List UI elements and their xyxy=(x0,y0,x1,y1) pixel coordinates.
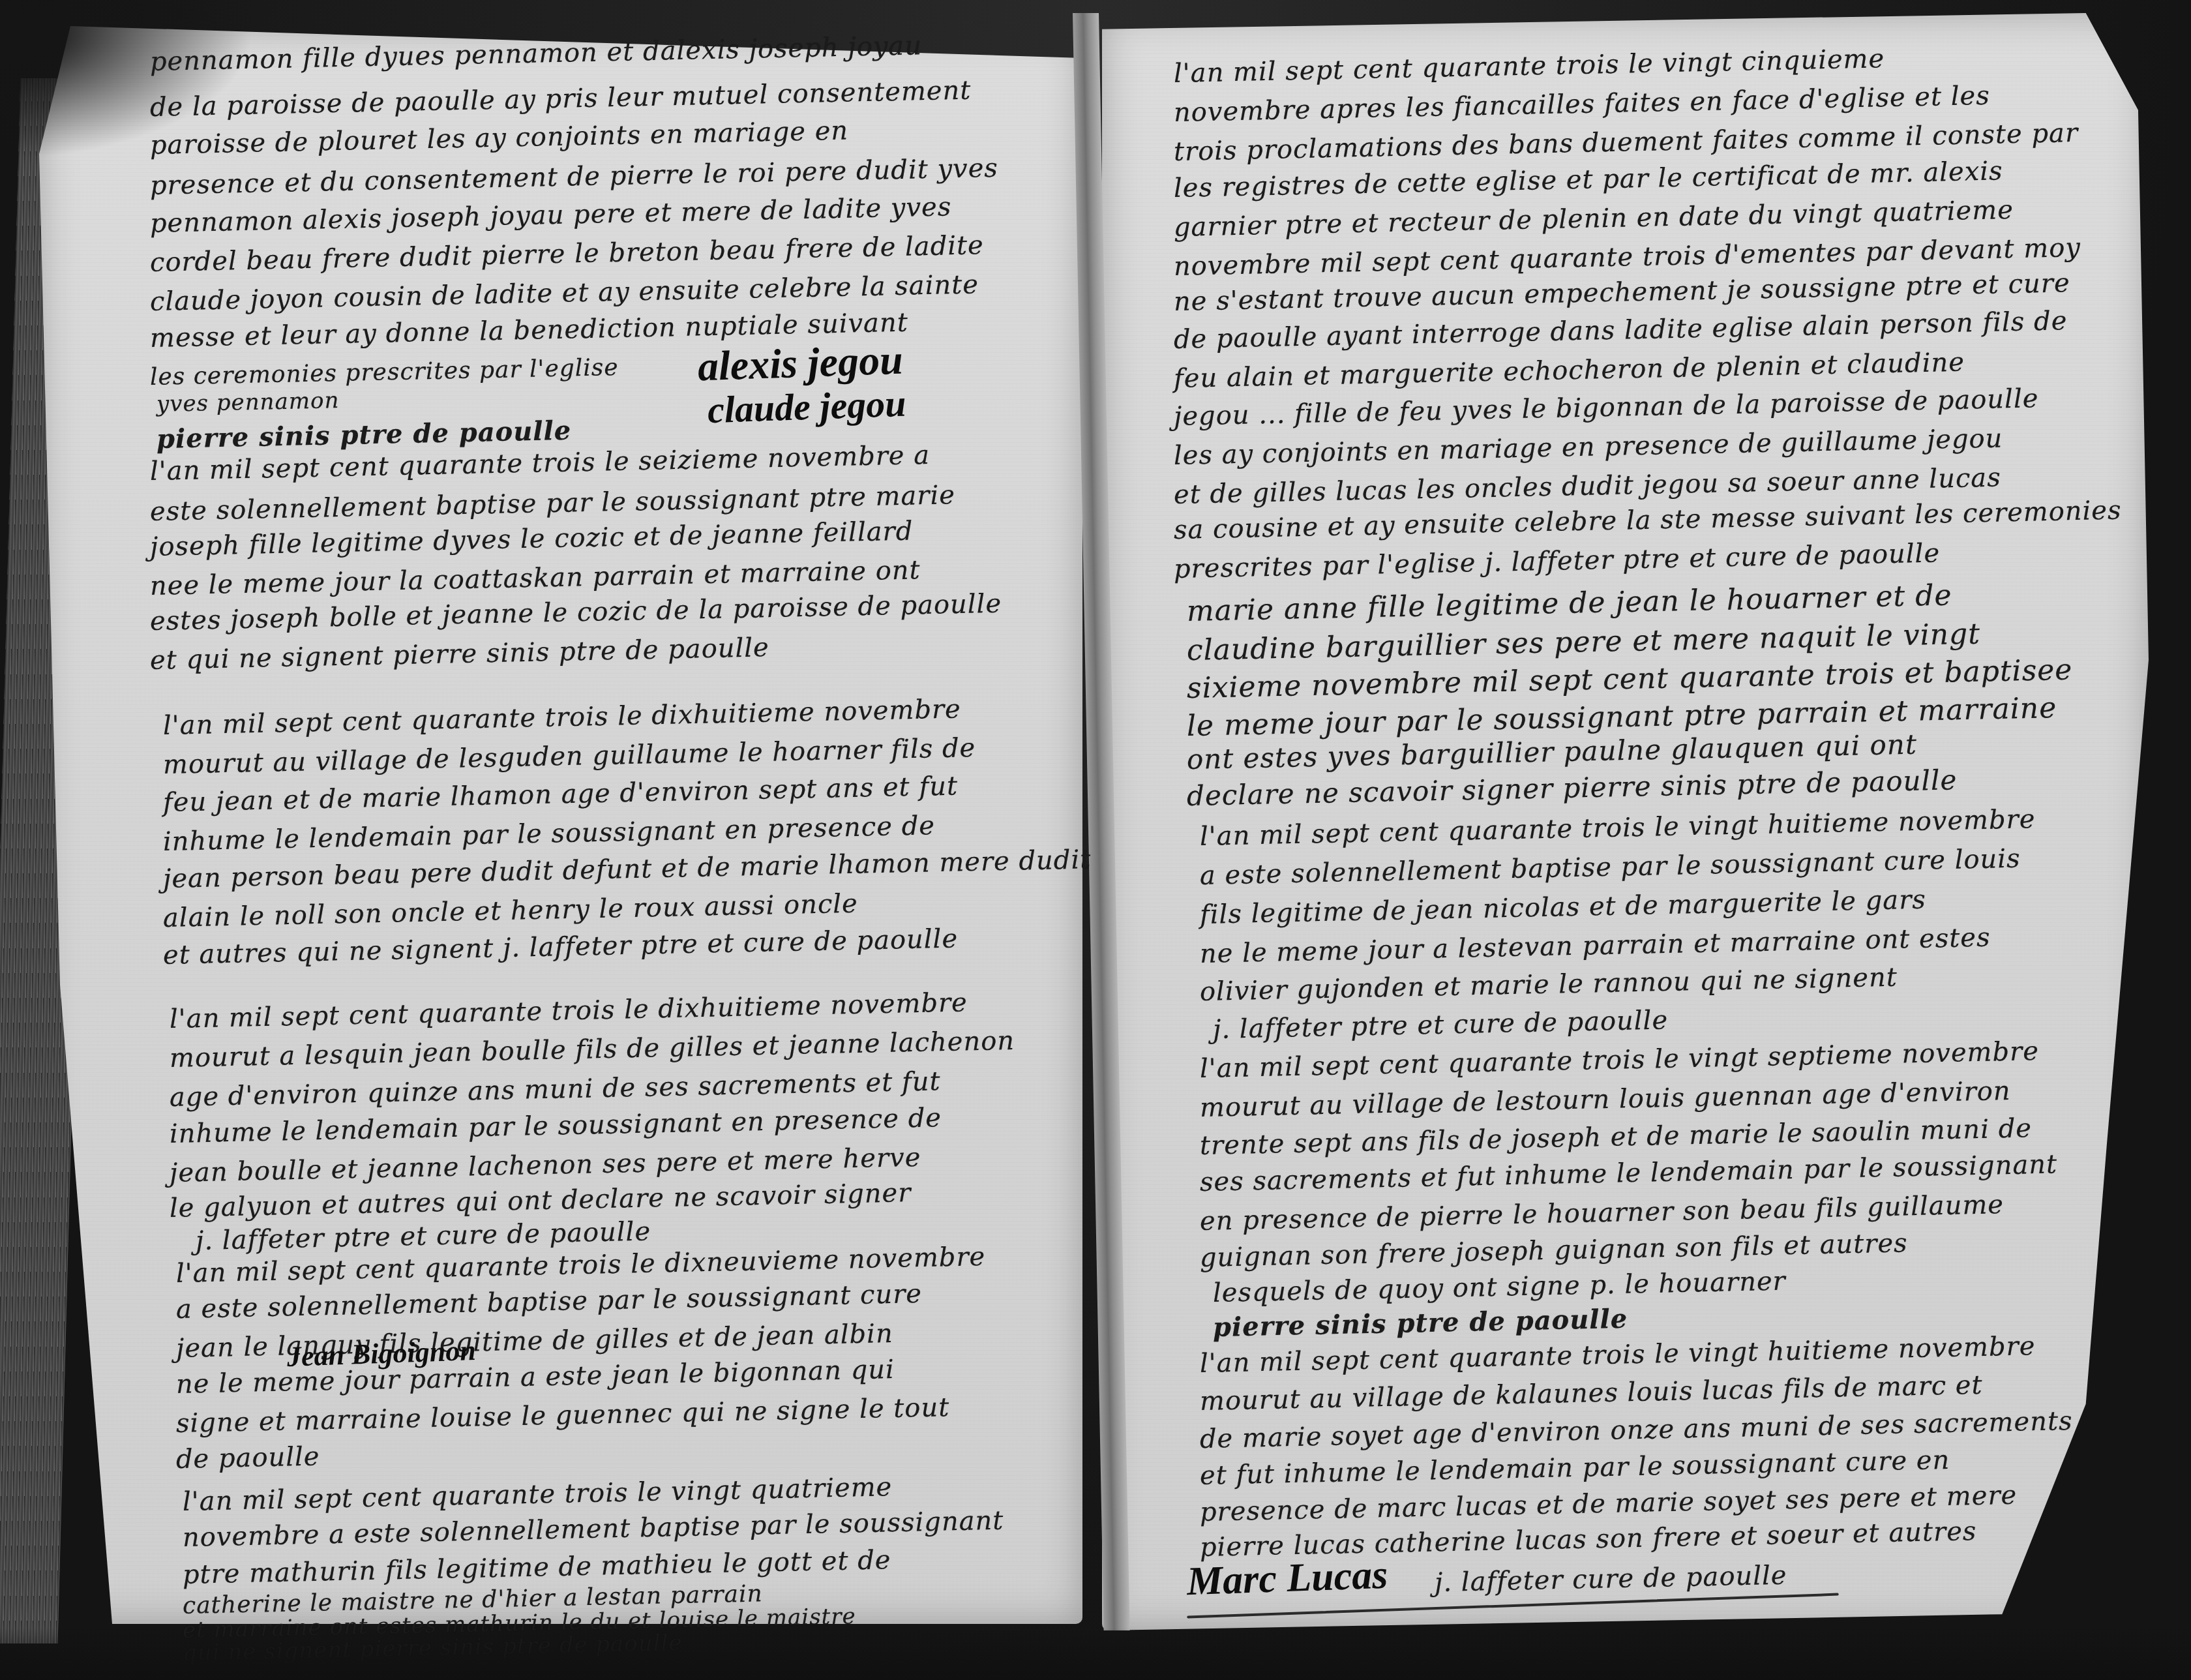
text-line: de paoulle xyxy=(176,1441,320,1475)
scan-bottom-shadow xyxy=(0,1628,2191,1680)
signature-godfather: Jean Bigoignon xyxy=(286,1334,476,1373)
signature-witness: claude jegou xyxy=(707,382,907,432)
text-line: yves pennamon xyxy=(156,387,340,417)
signature-marc-lucas: Marc Lucas xyxy=(1186,1552,1389,1606)
